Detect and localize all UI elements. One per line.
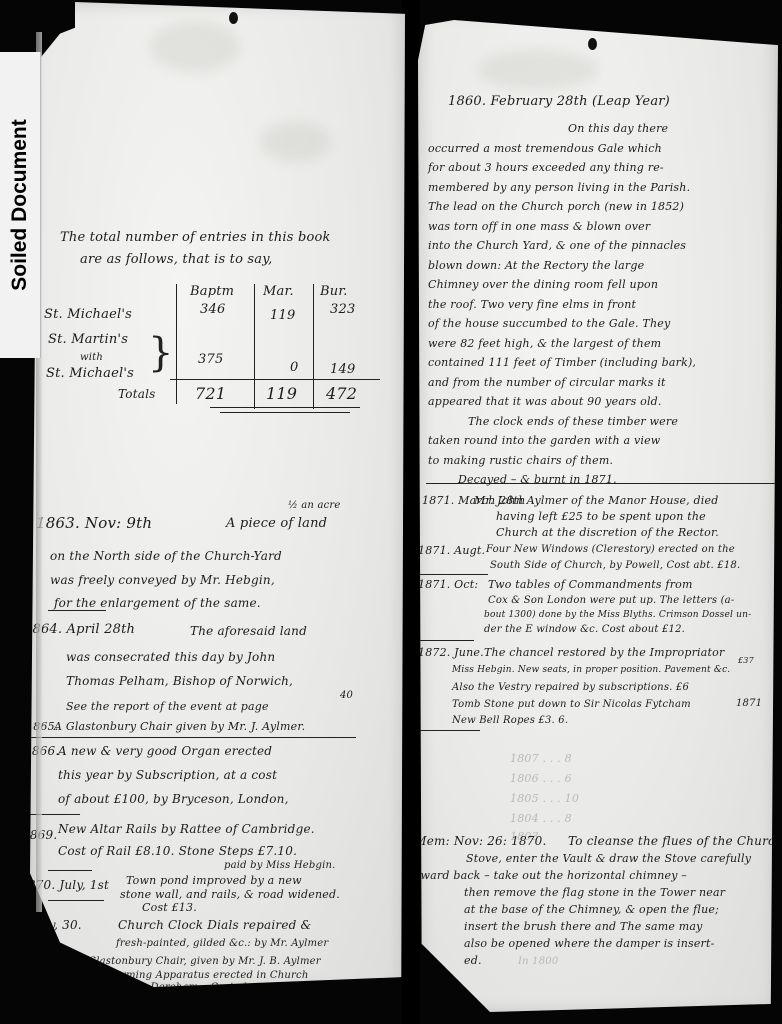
memo-line: To cleanse the flues of the Church (568, 834, 782, 848)
entry-date: Nov: 21. (32, 969, 81, 982)
memo-line: then remove the flag stone in the Tower … (464, 886, 725, 899)
punch-hole (229, 12, 238, 24)
entry-line: this year by Subscription, at a cost (58, 768, 277, 782)
entry-line: The chancel restored by the Impropriator (484, 646, 724, 659)
faint-pencil-line: 1804 . . . 8 (510, 812, 572, 825)
total-marriages: 119 (266, 384, 297, 403)
entry-line: fresh-painted, gilded &c.: by Mr. Aylmer (116, 938, 328, 949)
entry-line: New Warming Apparatus erected in Church (78, 970, 308, 981)
entry-date: " August, (20, 954, 73, 967)
memo-line: insert the brush there and The same may (464, 920, 703, 933)
memo-line: also be opened where the damper is inser… (464, 937, 715, 950)
soiled-document-tab: Soiled Document (0, 52, 41, 358)
gale-entry-line: taken round into the garden with a view (428, 434, 660, 447)
gale-heading: 1860. February 28th (Leap Year) (448, 94, 670, 109)
entry-line: A piece of land (226, 516, 327, 531)
entry-line: A Glastonbury Chair given by Mr. J. Aylm… (54, 720, 305, 733)
brace: } (148, 330, 174, 376)
gale-entry-line: contained 111 feet of Timber (including … (428, 356, 696, 369)
gale-entry-line: The lead on the Church porch (new in 185… (428, 200, 684, 213)
total-burials: 472 (326, 384, 357, 403)
gale-entry-line: were 82 feet high, & the largest of them (428, 337, 661, 350)
left-page: The total number of entries in this book… (30, 2, 405, 992)
entry-line: of about £100, by Bryceson, London, (58, 792, 289, 806)
cell: 149 (330, 362, 355, 377)
entry-line: Glastonbury Chair, given by Mr. J. B. Ay… (88, 956, 321, 967)
memo-line: at the base of the Chimney, & open the f… (464, 903, 719, 916)
entry-line: Cost £13. (142, 901, 197, 914)
entry-line: was consecrated this day by John (66, 650, 275, 664)
entry-line: See the report of the event at page (66, 700, 269, 713)
cell: 323 (330, 302, 355, 317)
gale-entry-line: Chimney over the dining room fell upon (428, 278, 658, 291)
entry-line: Miss Hebgin. New seats, in proper positi… (452, 665, 730, 675)
memo-line: Stove, enter the Vault & draw the Stove … (466, 852, 751, 865)
col-header-marriages: Mar. (263, 284, 294, 299)
entry-line: Also the Vestry repaired by subscription… (452, 682, 689, 693)
entry-line: on the North side of the Church-Yard (50, 549, 282, 563)
gale-entry-line: appeared that it was about 90 years old. (428, 395, 662, 408)
entry-line: Thomas Pelham, Bishop of Norwich, (66, 674, 293, 688)
row-label-st-michaels: St. Michael's (44, 307, 132, 322)
entry-line: Church Clock Dials repaired & (118, 918, 311, 932)
entry-line: paid by Miss Hebgin. (224, 860, 336, 871)
entry-line: having left £25 to be spent upon the (496, 510, 706, 523)
row-label-totals: Totals (118, 387, 155, 401)
row-label-st-michaels-2: St. Michael's (46, 366, 134, 381)
gale-entry-line: to making rustic chairs of them. (428, 454, 613, 467)
gale-entry-line: and from the number of circular marks it (428, 376, 666, 389)
entry-line: Mr. John Aylmer of the Manor House, died (474, 494, 718, 507)
faint-pencil-note: In 1800 (518, 956, 558, 967)
row-label-with: with (80, 352, 103, 363)
gale-entry-line: into the Church Yard, & one of the pinna… (428, 239, 686, 252)
gale-entry-line: occurred a most tremendous Gale which (428, 142, 662, 155)
summary-intro-line: The total number of entries in this book (60, 230, 331, 245)
faint-pencil-line: 1806 . . . 6 (510, 772, 572, 785)
entry-line: New Bell Ropes £3. 6. (452, 715, 568, 726)
cell: 375 (198, 352, 223, 367)
entry-date: 1872. June. (418, 646, 484, 659)
col-header-burials: Bur. (320, 284, 348, 299)
entry-date: 1871. Augt. (418, 544, 485, 557)
entry-date: 1870. July, 1st (20, 878, 109, 892)
soiled-document-label: Soiled Document (8, 119, 32, 291)
memo-line: ed. (464, 954, 482, 967)
entry-line: Cost of Rail £8.10. Stone Steps £7.10. (58, 844, 297, 858)
cell: 0 (290, 360, 298, 375)
entry-line: was freely conveyed by Mr. Hebgin, (50, 573, 275, 587)
gale-entry-line: was torn off in one mass & blown over (428, 220, 650, 233)
entry-line: South Side of Church, by Powell, Cost ab… (490, 560, 740, 571)
entry-date: 1863. Nov: 9th (36, 514, 152, 532)
entry-line: by Gidney & Dereham – Cost about £40. (82, 982, 294, 993)
entry-line: Two tables of Commandments from (488, 578, 693, 591)
punch-hole (588, 38, 597, 50)
faint-pencil-line: 1805 . . . 10 (510, 792, 579, 805)
entry-line: der the E window &c. Cost about £12. (484, 624, 685, 635)
gale-entry-line: the roof. Two very fine elms in front (428, 298, 636, 311)
entry-line: The aforesaid land (190, 624, 307, 638)
gale-entry-line: blown down: At the Rectory the large (428, 259, 644, 272)
gale-entry-line: of the house succumbed to the Gale. They (428, 317, 670, 330)
entry-line: Town pond improved by a new (126, 874, 302, 887)
entry-date: 1871. Oct: (418, 578, 478, 591)
entry-line: Church at the discretion of the Rector. (496, 526, 719, 539)
row-label-st-martins: St. Martin's (48, 332, 128, 347)
entry-line: for the enlargement of the same. (54, 596, 261, 610)
gale-entry-line: for about 3 hours exceeded any thing re- (428, 161, 664, 174)
entry-line: New Altar Rails by Rattee of Cambridge. (58, 822, 315, 836)
memo-date: * Mem: Nov: 26: 1870. (404, 834, 546, 848)
cell: 346 (200, 302, 225, 317)
summary-intro-line: are as follows, that is to say, (80, 252, 272, 267)
gale-entry-line: The clock ends of these timber were (468, 415, 678, 428)
entry-line: bout 1300) done by the Miss Blyths. Crim… (484, 610, 751, 620)
gale-entry-line: On this day there (568, 122, 668, 135)
side-note: £37 (738, 656, 754, 665)
entry-line: A new & very good Organ erected (58, 744, 272, 758)
memo-line: forward back – take out the horizontal c… (404, 869, 687, 882)
insertion-note: ½ an acre (288, 500, 341, 511)
right-page: 1860. February 28th (Leap Year) On this … (418, 10, 778, 1014)
page-reference: 40 (340, 690, 353, 701)
book-spine (402, 0, 420, 1024)
entry-line: Tomb Stone put down to Sir Nicolas Fytch… (452, 699, 691, 710)
side-note: 1871 (736, 698, 762, 709)
entry-date: " July, 30. (22, 918, 82, 932)
faint-pencil-line: 1807 . . . 8 (510, 752, 572, 765)
entry-line: Four New Windows (Clerestory) erected on… (486, 544, 735, 555)
entry-line: Cox & Son London were put up. The letter… (488, 595, 734, 606)
gale-entry-line: membered by any person living in the Par… (428, 181, 690, 194)
col-header-baptisms: Baptm (190, 284, 234, 299)
total-baptisms: 721 (195, 384, 226, 403)
entry-line: stone wall, and rails, & road widened. (120, 888, 340, 901)
cell: 119 (270, 308, 295, 323)
